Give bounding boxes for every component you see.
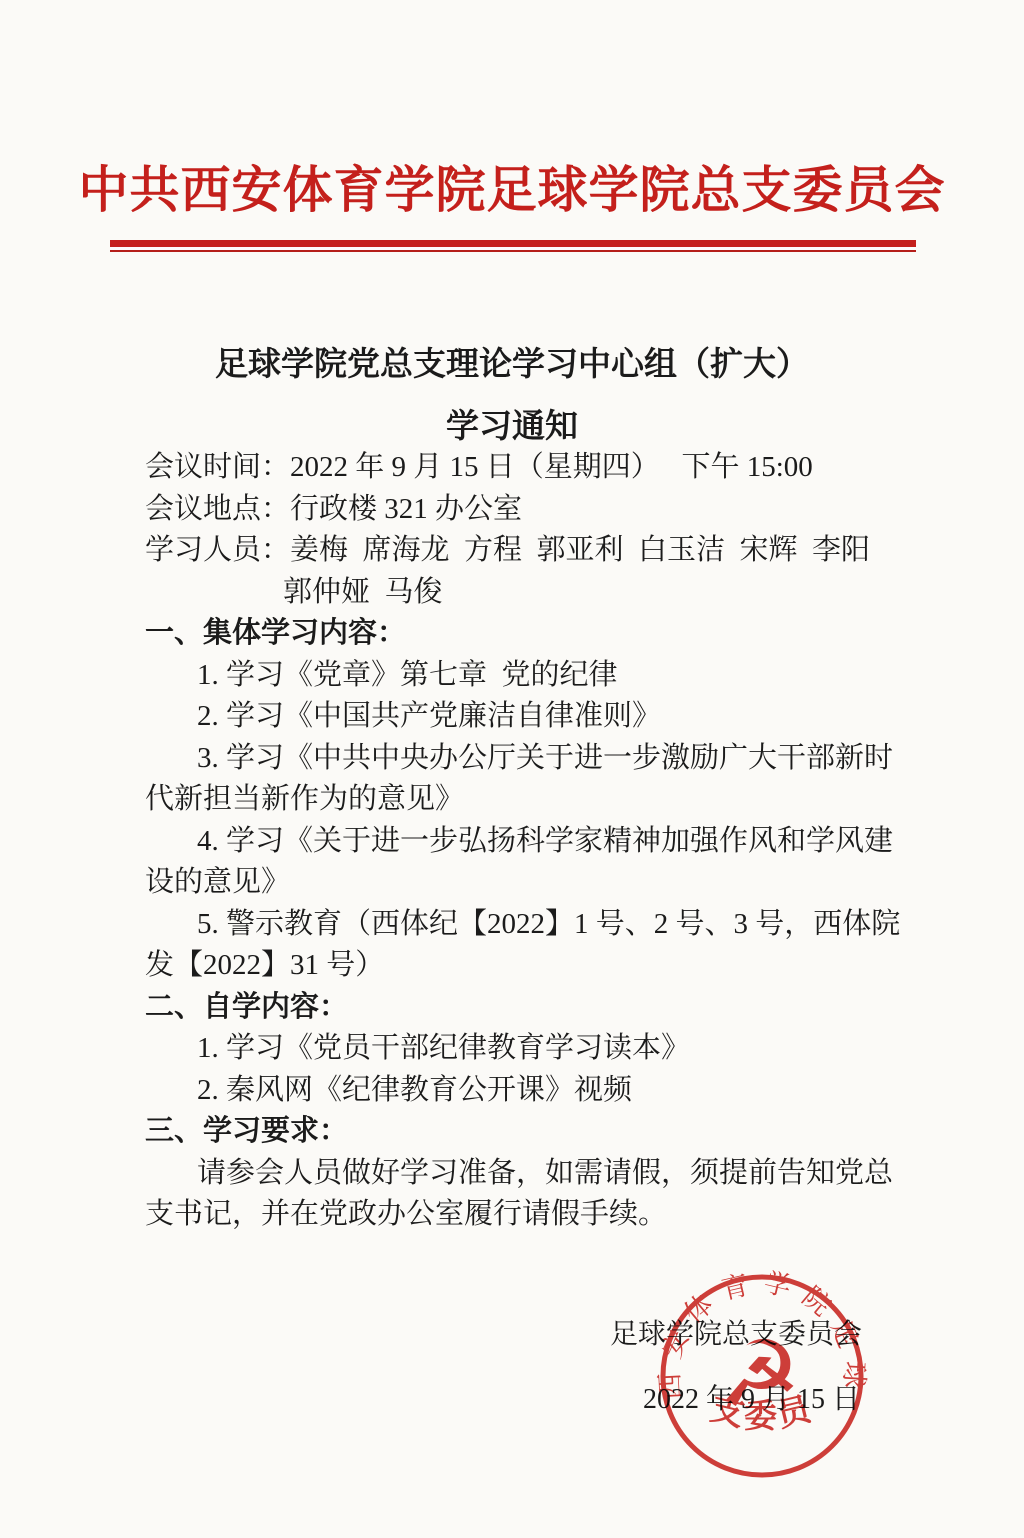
- requirements-paragraph-line1: 请参会人员做好学习准备，如需请假，须提前告知党总: [145, 1153, 905, 1195]
- attendees-continuation-line: 郭仲娅 马俊: [145, 572, 905, 614]
- section-heading-requirements: 三、学习要求：: [145, 1111, 905, 1153]
- self-study-item-2: 2. 秦风网《纪律教育公开课》视频: [145, 1070, 905, 1112]
- document-title-line1: 足球学院党总支理论学习中心组（扩大）: [0, 338, 1024, 385]
- study-item-3-continuation: 代新担当新作为的意见》: [145, 779, 905, 821]
- study-item-5: 5. 警示教育（西体纪【2022】1 号、2 号、3 号，西体院: [145, 904, 905, 946]
- attendees-line: 学习人员：姜梅 席海龙 方程 郭亚利 白玉洁 宋辉 李阳: [145, 530, 905, 572]
- letterhead-divider: [110, 240, 916, 252]
- divider-thick-line: [110, 240, 916, 247]
- study-item-3: 3. 学习《中共中央办公厅关于进一步激励广大干部新时: [145, 738, 905, 780]
- study-item-4: 4. 学习《关于进一步弘扬科学家精神加强作风和学风建: [145, 821, 905, 863]
- study-item-4-continuation: 设的意见》: [145, 862, 905, 904]
- study-item-1: 1. 学习《党章》第七章 党的纪律: [145, 655, 905, 697]
- official-seal-graphic: 中共西安体育学院足球学院 总支委员会 ☭: [650, 1264, 874, 1488]
- official-seal: 中共西安体育学院足球学院 总支委员会 ☭: [650, 1264, 874, 1488]
- letterhead-org-name: 中共西安体育学院足球学院总支委员会: [0, 150, 1024, 222]
- study-item-5-continuation: 发【2022】31 号）: [145, 945, 905, 987]
- meeting-time-line: 会议时间：2022 年 9 月 15 日（星期四） 下午 15:00: [145, 447, 905, 489]
- study-item-2: 2. 学习《中国共产党廉洁自律准则》: [145, 696, 905, 738]
- requirements-paragraph-line2: 支书记，并在党政办公室履行请假手续。: [145, 1194, 905, 1236]
- self-study-item-1: 1. 学习《党员干部纪律教育学习读本》: [145, 1028, 905, 1070]
- section-heading-self-study: 二、自学内容：: [145, 987, 905, 1029]
- section-heading-collective-study: 一、集体学习内容：: [145, 613, 905, 655]
- document-body: 会议时间：2022 年 9 月 15 日（星期四） 下午 15:00 会议地点：…: [145, 447, 905, 1236]
- document-title-line2: 学习通知: [0, 400, 1024, 447]
- hammer-sickle-icon: ☭: [719, 1324, 801, 1426]
- document-page: 中共西安体育学院足球学院总支委员会 足球学院党总支理论学习中心组（扩大） 学习通…: [0, 0, 1024, 1538]
- meeting-place-line: 会议地点：行政楼 321 办公室: [145, 489, 905, 531]
- divider-thin-line: [110, 250, 916, 252]
